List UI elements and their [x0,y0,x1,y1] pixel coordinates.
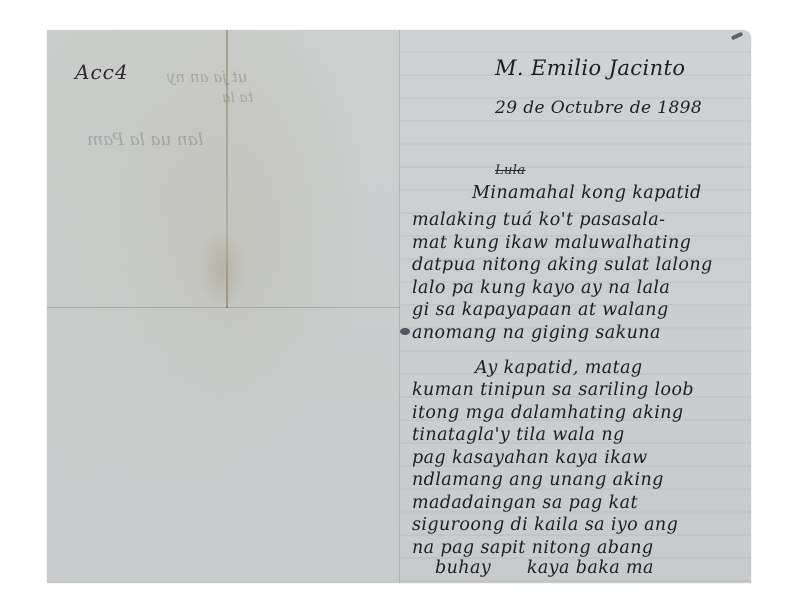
letter-line: Ay kapatid, matag [475,358,643,378]
letter-line: anomang na giging sakuna [412,323,661,343]
letter-line: mat kung ikaw maluwalhating [412,233,691,253]
letter-line: buhay kaya baka ma [435,558,654,578]
letter-line: pag kasayahan kaya ikaw [412,448,647,468]
bleed-through-text: ta la [222,90,253,106]
right-page: M. Emilio Jacinto 29 de Octubre de 1898 … [400,30,751,583]
struck-out-word: Lula [495,163,526,178]
letter-line: siguroong di kaila sa iyo ang [412,515,678,535]
corner-ink-mark [731,32,744,41]
letter-line: lalo pa kung kayo ay na lala [412,278,670,298]
letter-line: Minamahal kong kapatid [472,183,702,203]
letter-sheet: ut ja an ny ta la lan ua la Pam Acc4 M. … [47,30,751,583]
letter-line: malaking tuá ko't pasasala- [412,210,665,230]
letter-line: datpua nitong aking sulat lalong [412,255,713,275]
archive-accession-mark: Acc4 [75,60,129,84]
bleed-through-text: ut ja an ny [167,68,247,86]
letter-line: gi sa kapayapaan at walang [412,300,669,320]
letter-line: ndlamang ang unang aking [412,470,664,490]
photo-stage: ut ja an ny ta la lan ua la Pam Acc4 M. … [0,0,799,615]
letter-date: 29 de Octubre de 1898 [495,98,702,118]
bleed-through-text: lan ua la Pam [87,130,203,150]
recipient-heading: M. Emilio Jacinto [495,56,685,80]
age-stain [197,230,247,310]
letter-line: kuman tinipun sa sariling loob [412,380,694,400]
left-page: ut ja an ny ta la lan ua la Pam Acc4 [47,30,400,583]
letter-line: tinatagla'y tila wala ng [412,425,625,445]
letter-line: madadaingan sa pag kat [412,493,638,513]
ink-blot [400,328,410,335]
letter-line: itong mga dalamhating aking [412,403,684,423]
letter-line: na pag sapit nitong abang [412,538,654,558]
horizontal-fold-crease [47,307,400,308]
